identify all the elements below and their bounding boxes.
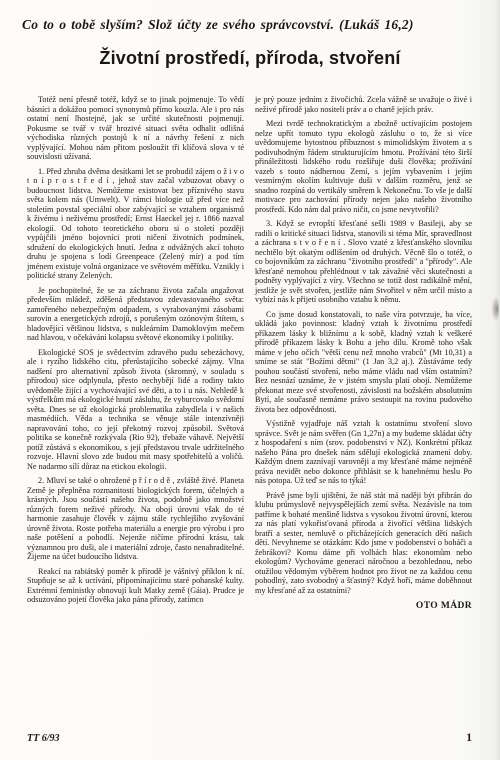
paragraph: Co jsme dosud konstatovali, to naše víra… [255, 310, 472, 415]
paragraph: je prý pouze jedním z živočichů. Zcela v… [255, 95, 472, 114]
article-body: Totéž není přesně totéž, když se to jina… [27, 95, 472, 612]
paragraph: Ekologické SOS je svědectvím zdravého pu… [27, 348, 244, 472]
header-quote: Co to o tobě slyším? Slož účty ze svého … [0, 0, 500, 33]
paragraph: 3. Když se evropští křesťané sešli 1989 … [255, 219, 472, 305]
article-column-right: je prý pouze jedním z živočichů. Zcela v… [255, 95, 472, 612]
footer-page-number: 1 [466, 732, 472, 744]
paragraph: Je pochopitelné, že se za záchranu život… [27, 286, 244, 343]
scan-artifact [491, 296, 499, 322]
article-column-left: Totéž není přesně totéž, když se to jina… [27, 95, 244, 612]
journal-page: Co to o tobě slyším? Slož účty ze svého … [0, 0, 500, 760]
paragraph: Mezi tvrdě technokratickým a zbožně uctí… [255, 119, 472, 214]
author-signature: OTO MÁDR [255, 602, 472, 612]
paragraph: 2. Mluví se také o ohrožené p ř í r o d … [27, 476, 244, 562]
paragraph: Právě jsme byli ujištěni, že náš stát má… [255, 491, 472, 596]
paragraph: 1. Před zhruba dvěma desítkami let se pr… [27, 167, 244, 281]
footer-issue-label: TT 6/93 [27, 733, 60, 744]
paragraph: Výstižně vyjadřuje náš vztah k ostatnímu… [255, 419, 472, 486]
page-title: Životní prostředí, příroda, stvoření [0, 48, 500, 69]
paragraph: Totéž není přesně totéž, když se to jina… [27, 95, 244, 162]
paragraph: Reakcí na rabiátský poměr k přírodě je v… [27, 567, 244, 605]
